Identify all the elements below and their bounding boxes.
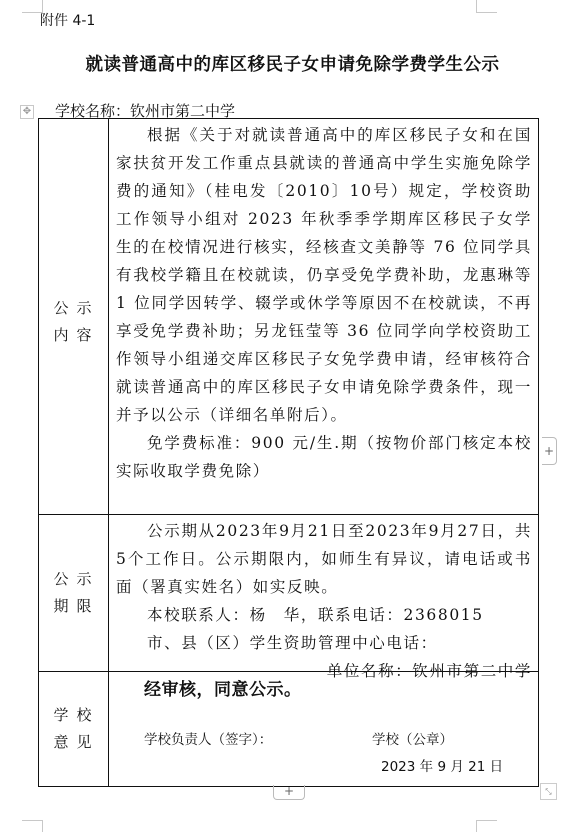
table-resize-handle-icon[interactable]: ⤡ — [540, 783, 557, 800]
content-cell[interactable]: 根据《关于对就读普通高中的库区移民子女和在国家扶贫开发工作重点县就读的普通高中学… — [109, 119, 538, 514]
label-text: 内容 — [53, 322, 99, 349]
table-row-period: 公示 期限 公示期从2023年9月21日至2023年9月27日，共5个工作日。公… — [39, 514, 538, 671]
attachment-label: 附件 4-1 — [40, 10, 95, 30]
center-phone-line: 市、县（区）学生资助管理中心电话： — [116, 629, 532, 657]
label-cell-period[interactable]: 公示 期限 — [39, 515, 109, 671]
page-corner-mark-bottom-right — [476, 820, 497, 832]
label-text: 期限 — [53, 593, 99, 620]
label-cell-opinion[interactable]: 学校 意见 — [39, 672, 109, 786]
label-cell-content[interactable]: 公示 内容 — [39, 119, 109, 514]
opinion-cell[interactable]: 经审核，同意公示。 学校负责人（签字）： 学校（公章） 2023 年 9 月 2… — [109, 672, 538, 786]
add-row-button[interactable]: + — [273, 785, 305, 800]
fee-standard-paragraph: 免学费标准：900 元/生.期（按物价部门核定本校实际收取学费免除） — [116, 429, 532, 485]
opinion-date: 2023 年 9 月 21 日 — [381, 753, 503, 781]
label-text: 公示 — [53, 566, 99, 593]
label-text: 意见 — [53, 729, 99, 756]
document-title: 就读普通高中的库区移民子女申请免除学费学生公示 — [0, 51, 585, 76]
school-seal-label: 学校（公章） — [372, 726, 453, 754]
page-corner-mark-top-right — [476, 0, 497, 13]
notice-table: 公示 内容 根据《关于对就读普通高中的库区移民子女和在国家扶贫开发工作重点县就读… — [38, 118, 539, 787]
period-paragraph: 公示期从2023年9月21日至2023年9月27日，共5个工作日。公示期限内，如… — [116, 517, 532, 601]
content-paragraph: 根据《关于对就读普通高中的库区移民子女和在国家扶贫开发工作重点县就读的普通高中学… — [116, 121, 532, 429]
period-cell[interactable]: 公示期从2023年9月21日至2023年9月27日，共5个工作日。公示期限内，如… — [109, 515, 538, 671]
approval-text: 经审核，同意公示。 — [144, 676, 302, 704]
table-row-content: 公示 内容 根据《关于对就读普通高中的库区移民子女和在国家扶贫开发工作重点县就读… — [39, 119, 538, 514]
add-column-button[interactable]: + — [542, 437, 557, 465]
label-text: 学校 — [53, 702, 99, 729]
page-corner-mark-bottom-left — [22, 820, 43, 832]
principal-signature-label: 学校负责人（签字）： — [144, 726, 272, 754]
table-row-opinion: 学校 意见 经审核，同意公示。 学校负责人（签字）： 学校（公章） 2023 年… — [39, 671, 538, 786]
table-move-handle-icon[interactable]: ✥ — [20, 105, 34, 119]
contact-line: 本校联系人：杨 华，联系电话：2368015 — [116, 601, 532, 629]
label-text: 公示 — [53, 295, 99, 322]
